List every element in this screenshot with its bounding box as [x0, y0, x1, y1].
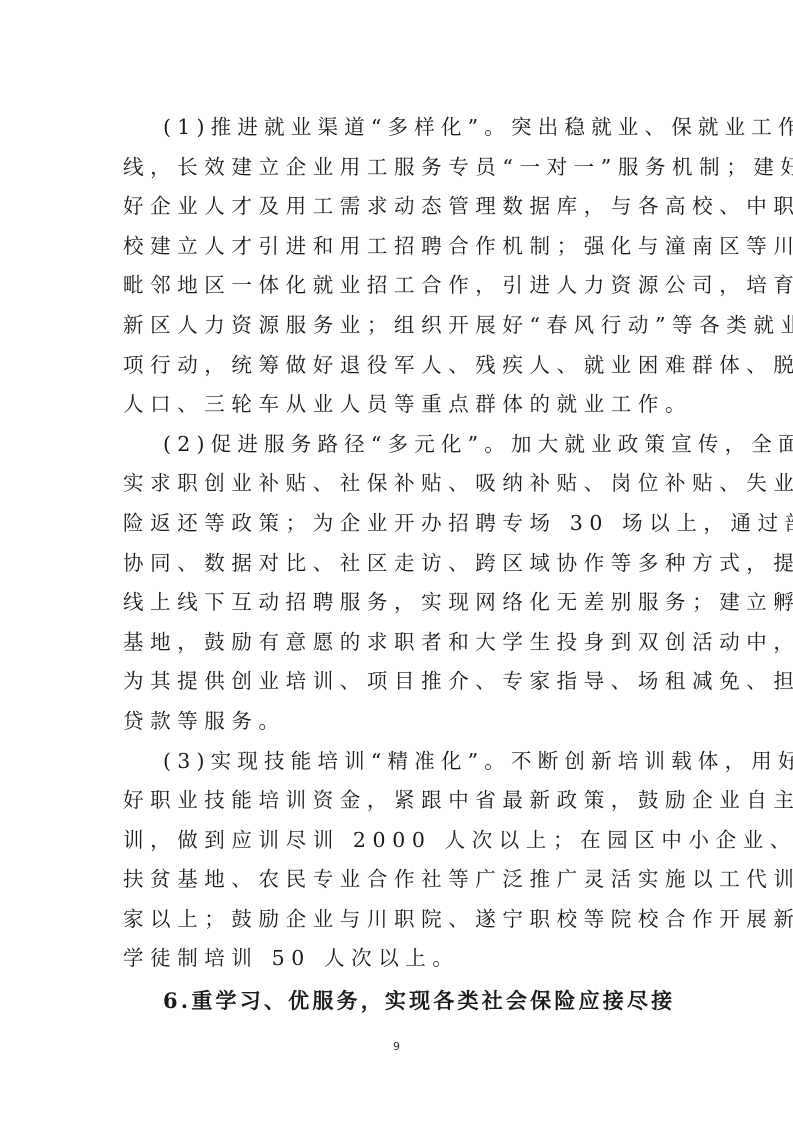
- paragraph-1: (1)推进就业渠道“多样化”。突出稳就业、保就业工作主 线，长效建立企业用工服务…: [123, 108, 675, 425]
- paragraph-line: 新区人力资源服务业；组织开展好“春风行动”等各类就业专: [123, 306, 675, 346]
- paragraph-line: 线上线下互动招聘服务，实现网络化无差别服务；建立孵化: [123, 583, 675, 623]
- section-heading: 6.重学习、优服务，实现各类社会保险应接尽接: [163, 986, 675, 1016]
- document-body: (1)推进就业渠道“多样化”。突出稳就业、保就业工作主 线，长效建立企业用工服务…: [123, 108, 675, 979]
- paragraph-line: 扶贫基地、农民专业合作社等广泛推广灵活实施以工代训 50: [123, 860, 675, 900]
- paragraph-line: 贷款等服务。: [123, 702, 675, 742]
- paragraph-line: (3)实现技能培训“精准化”。不断创新培训载体，用好管: [123, 742, 675, 782]
- paragraph-2: (2)促进服务路径“多元化”。加大就业政策宣传，全面落 实求职创业补贴、社保补贴…: [123, 425, 675, 742]
- paragraph-line: 实求职创业补贴、社保补贴、吸纳补贴、岗位补贴、失业保: [123, 464, 675, 504]
- paragraph-line: (2)促进服务路径“多元化”。加大就业政策宣传，全面落: [123, 425, 675, 465]
- paragraph-line: (1)推进就业渠道“多样化”。突出稳就业、保就业工作主: [123, 108, 675, 148]
- page-number: 9: [0, 1040, 793, 1053]
- paragraph-line: 训，做到应训尽训 2000 人次以上；在园区中小企业、就业: [123, 821, 675, 861]
- paragraph-line: 家以上；鼓励企业与川职院、遂宁职校等院校合作开展新型: [123, 900, 675, 940]
- paragraph-3: (3)实现技能培训“精准化”。不断创新培训载体，用好管 好职业技能培训资金，紧跟…: [123, 742, 675, 980]
- paragraph-line: 好企业人才及用工需求动态管理数据库，与各高校、中职院: [123, 187, 675, 227]
- document-page: (1)推进就业渠道“多样化”。突出稳就业、保就业工作主 线，长效建立企业用工服务…: [0, 0, 793, 1122]
- paragraph-line: 项行动，统筹做好退役军人、残疾人、就业困难群体、脱贫: [123, 346, 675, 386]
- paragraph-line: 险返还等政策；为企业开办招聘专场 30 场以上，通过部门: [123, 504, 675, 544]
- paragraph-line: 人口、三轮车从业人员等重点群体的就业工作。: [123, 385, 675, 425]
- paragraph-line: 毗邻地区一体化就业招工合作，引进人力资源公司，培育高: [123, 266, 675, 306]
- paragraph-line: 线，长效建立企业用工服务专员“一对一”服务机制；建好用: [123, 148, 675, 188]
- paragraph-line: 为其提供创业培训、项目推介、专家指导、场租减免、担保: [123, 662, 675, 702]
- paragraph-line: 协同、数据对比、社区走访、跨区域协作等多种方式，提供: [123, 544, 675, 584]
- paragraph-line: 基地，鼓励有意愿的求职者和大学生投身到双创活动中，并: [123, 623, 675, 663]
- paragraph-line: 好职业技能培训资金，紧跟中省最新政策，鼓励企业自主培: [123, 781, 675, 821]
- paragraph-line: 校建立人才引进和用工招聘合作机制；强化与潼南区等川渝: [123, 227, 675, 267]
- paragraph-line: 学徒制培训 50 人次以上。: [123, 939, 675, 979]
